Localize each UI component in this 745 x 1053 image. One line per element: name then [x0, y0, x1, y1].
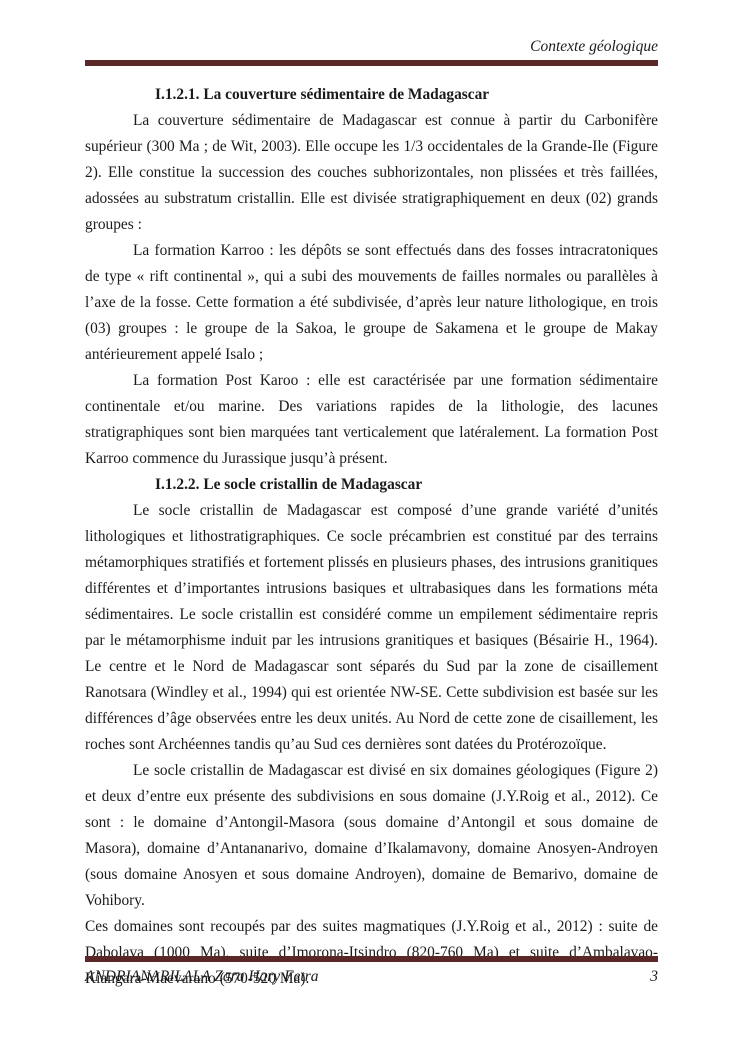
running-head: Contexte géologique [85, 0, 658, 56]
paragraph-formation-post-karoo: La formation Post Karoo : elle est carac… [85, 368, 658, 472]
page-body: I.1.2.1. La couverture sédimentaire de M… [85, 82, 658, 992]
paragraph-couverture-intro: La couverture sédimentaire de Madagascar… [85, 108, 658, 238]
header-rule [85, 60, 658, 66]
document-page: Contexte géologique I.1.2.1. La couvertu… [0, 0, 745, 1053]
footer-author: ANDRIANARILALA Zara Hary Fetra [85, 967, 319, 987]
page-header: Contexte géologique [85, 0, 658, 66]
page-number: 3 [650, 967, 658, 987]
paragraph-socle-domaines: Le socle cristallin de Madagascar est di… [85, 758, 658, 914]
section-heading-socle-cristallin: I.1.2.2. Le socle cristallin de Madagasc… [155, 472, 658, 498]
paragraph-socle-composition: Le socle cristallin de Madagascar est co… [85, 498, 658, 758]
page-footer: ANDRIANARILALA Zara Hary Fetra 3 [85, 956, 658, 987]
section-heading-couverture-sedimentaire: I.1.2.1. La couverture sédimentaire de M… [155, 82, 658, 108]
paragraph-formation-karroo: La formation Karroo : les dépôts se sont… [85, 238, 658, 368]
